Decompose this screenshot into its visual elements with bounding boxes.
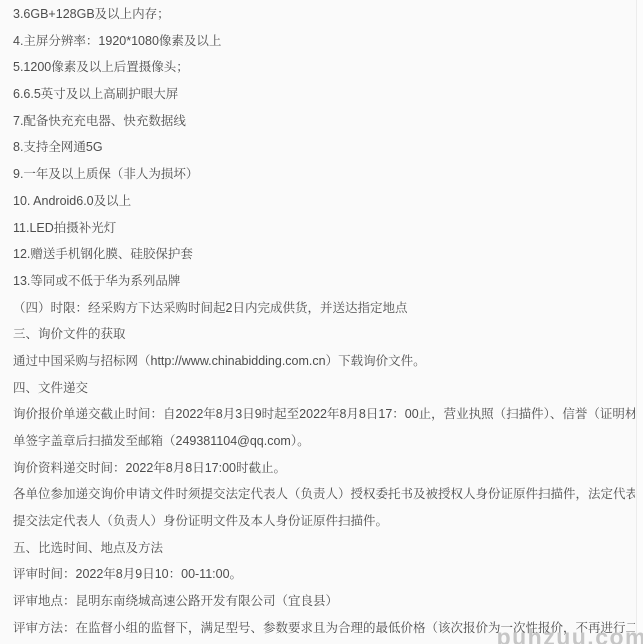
section-heading: 五、比选时间、地点及方法: [13, 535, 635, 562]
page-edge-strip: [637, 0, 643, 644]
spec-item-line: 4.主屏分辨率：1920*1080像素及以上: [13, 28, 635, 55]
spec-item-line: 12.赠送手机钢化膜、硅胶保护套: [13, 241, 635, 268]
paragraph-line: 询价资料递交时间：2022年8月8日17:00时截止。: [13, 455, 635, 482]
spec-item-line: 8.支持全网通5G: [13, 134, 635, 161]
paragraph-line: 提交法定代表人（负责人）身份证明文件及本人身份证原件扫描件。: [13, 508, 635, 535]
document-content: 3.6GB+128GB及以上内存； 4.主屏分辨率：1920*1080像素及以上…: [13, 1, 635, 642]
paragraph-line: 单签字盖章后扫描发至邮箱（249381104@qq.com）。: [13, 428, 635, 455]
spec-item-line: 10. Android6.0及以上: [13, 188, 635, 215]
document-page: 3.6GB+128GB及以上内存； 4.主屏分辨率：1920*1080像素及以上…: [0, 0, 643, 644]
paragraph-line: 评审地点：昆明东南绕城高速公路开发有限公司（宜良县）: [13, 588, 635, 615]
paragraph-line: 评审时间：2022年8月9日10：00-11:00。: [13, 561, 635, 588]
paragraph-line: 询价报价单递交截止时间：自2022年8月3日9时起至2022年8月8日17：00…: [13, 401, 635, 428]
spec-item-line: 7.配备快充充电器、快充数据线: [13, 108, 635, 135]
paragraph-line: 各单位参加递交询价申请文件时须提交法定代表人（负责人）授权委托书及被授权人身份证…: [13, 481, 635, 508]
section-heading: 四、文件递交: [13, 375, 635, 402]
page-edge-divider: [636, 0, 637, 644]
spec-item-line: 6.6.5英寸及以上高刷护眼大屏: [13, 81, 635, 108]
spec-item-line: 13.等同或不低于华为系列品牌: [13, 268, 635, 295]
spec-item-line: 3.6GB+128GB及以上内存；: [13, 1, 635, 28]
deadline-line: （四）时限：经采购方下达采购时间起2日内完成供货，并送达指定地点: [13, 295, 635, 322]
site-watermark: puhzuu.com: [497, 624, 643, 644]
spec-item-line: 9.一年及以上质保（非人为损坏）: [13, 161, 635, 188]
section-heading: 三、询价文件的获取: [13, 321, 635, 348]
spec-item-line: 5.1200像素及以上后置摄像头；: [13, 54, 635, 81]
paragraph-line: 通过中国采购与招标网（http://www.chinabidding.com.c…: [13, 348, 635, 375]
spec-item-line: 11.LED拍摄补光灯: [13, 215, 635, 242]
